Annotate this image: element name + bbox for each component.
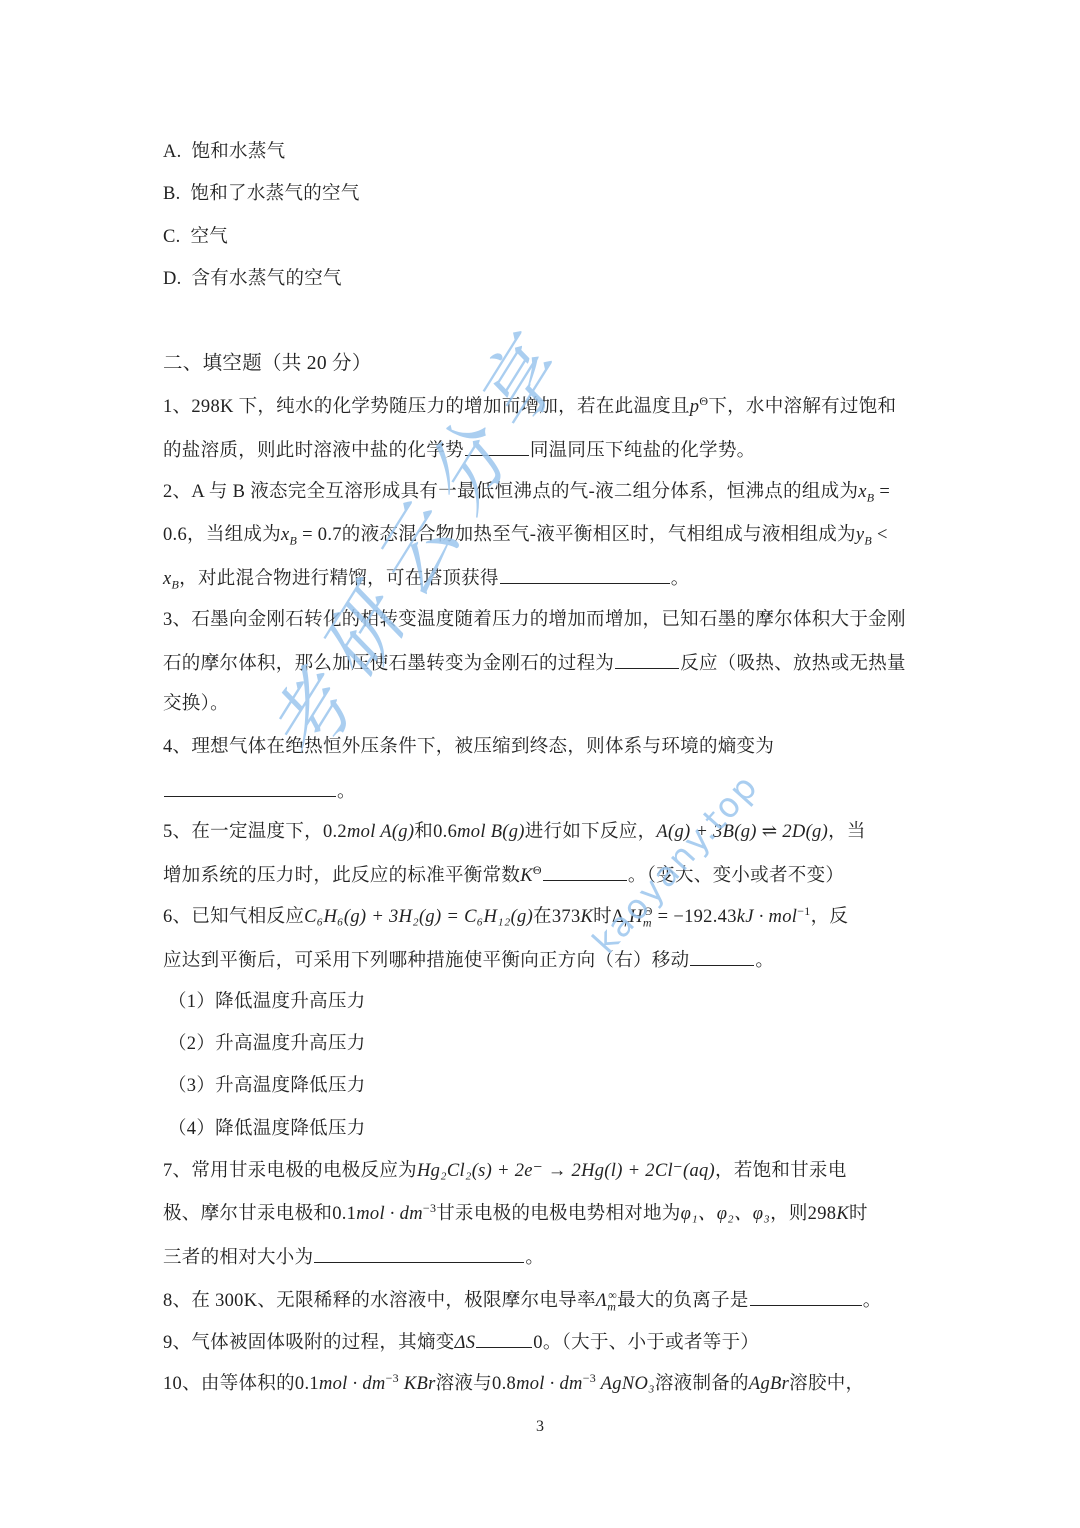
answer-blank[interactable] (750, 1287, 862, 1306)
math-symbol: p (690, 397, 700, 417)
reaction-equation: Hg₂Cl₂(s) + 2e⁻ → 2Hg(l) + 2Cl⁻(aq) (417, 1161, 715, 1181)
question-2-line-2: 0.6，当组成为xB = 0.7的液态混合物加热至气-液平衡相区时，气相组成与液… (163, 523, 888, 547)
section-title: 二、填空题（共 20 分） (163, 352, 372, 376)
math-subscript: B (172, 578, 180, 592)
standard-state-symbol: Θ (533, 863, 542, 877)
choice-b: B. 饱和了水蒸气的空气 (163, 182, 360, 206)
math-unit: mol · dm (516, 1374, 583, 1394)
math-operator: < (872, 525, 888, 545)
chemical-formula: AgBr (749, 1374, 789, 1394)
choice-label: B. (163, 184, 181, 204)
math-symbol: Λ (596, 1291, 607, 1311)
question-text: 最大的负离子是 (617, 1291, 749, 1311)
question-1-line-2: 的盐溶质，则此时溶液中盐的化学势同温同压下纯盐的化学势。 (163, 437, 755, 463)
question-text: 甘汞电极的电极电势相对地为 (436, 1204, 680, 1224)
question-text: 0.6，当组成为 (163, 525, 281, 545)
answer-blank[interactable] (690, 947, 754, 966)
question-text: 6、已知气相反应 (163, 907, 304, 927)
question-text: 5、在一定温度下， (163, 822, 323, 842)
math-variable: x (163, 569, 172, 589)
math-superscript: ∞ (608, 1288, 617, 1302)
question-text: 溶液制备的 (655, 1374, 749, 1394)
choice-label: D. (163, 269, 182, 289)
document-page: A. 饱和水蒸气 B. 饱和了水蒸气的空气 C. 空气 D. 含有水蒸气的空气 … (0, 0, 1080, 1528)
choice-text: 空气 (190, 227, 228, 247)
math-unit: K (581, 907, 594, 927)
question-7-line-1: 7、常用甘汞电极的电极反应为Hg₂Cl₂(s) + 2e⁻ → 2Hg(l) +… (163, 1159, 847, 1183)
choice-text: 饱和水蒸气 (191, 142, 285, 162)
math-symbol: ΔS (455, 1333, 476, 1353)
choice-a: A. 饱和水蒸气 (163, 140, 285, 164)
question-text: ，反 (811, 907, 849, 927)
answer-blank[interactable] (615, 650, 679, 669)
question-text: 三者的相对大小为 (163, 1248, 313, 1268)
question-text: 0。（大于、小于或者等于） (533, 1333, 759, 1353)
question-6-option-2: （2）升高温度升高压力 (168, 1032, 366, 1056)
question-text: 溶液与0.8 (436, 1374, 516, 1394)
standard-state-symbol: Θ (644, 904, 653, 918)
page-number: 3 (0, 1418, 1080, 1436)
question-6-option-1: （1）降低温度升高压力 (168, 990, 366, 1014)
question-6-line-2: 应达到平衡后，可采用下列哪种措施使平衡向正方向（右）移动。 (163, 947, 774, 973)
question-text: = 0.7的液态混合物加热至气-液平衡相区时，气相组成与液相组成为 (297, 525, 856, 545)
math-symbol: Δ (612, 907, 624, 927)
question-5-line-2: 增加系统的压力时，此反应的标准平衡常数KΘ。（变大、变小或者不变） (163, 862, 844, 888)
math-unit: mol · dm (356, 1204, 423, 1224)
math-subscript: B (864, 534, 872, 548)
math-superscript: −3 (423, 1201, 436, 1215)
math-unit: K (836, 1204, 849, 1224)
math-number: 0.2 (323, 822, 347, 842)
question-text: 进行如下反应， (525, 822, 657, 842)
question-text: 溶胶中， (789, 1374, 864, 1394)
math-superscript: −3 (583, 1371, 596, 1385)
question-5-line-1: 5、在一定温度下，0.2mol A(g)和0.6mol B(g)进行如下反应，A… (163, 820, 866, 844)
question-4-line-2: 。 (163, 778, 356, 804)
math-expression: mol A(g) (347, 822, 414, 842)
question-text: 。 (671, 569, 690, 589)
question-text: 。 (863, 1291, 882, 1311)
choice-c: C. 空气 (163, 225, 228, 249)
math-symbol: K (520, 866, 533, 886)
chemical-formula: AgNO₃ (596, 1374, 655, 1394)
math-value: = −192.43 (653, 907, 737, 927)
question-10-line-1: 10、由等体积的0.1mol · dm−3 KBr溶液与0.8mol · dm−… (163, 1372, 864, 1396)
question-text: 石的摩尔体积，那么加压使石墨转变为金刚石的过程为 (163, 654, 614, 674)
question-text: 时 (593, 907, 612, 927)
reaction-equation: C₆H₆(g) + 3H₂(g) = C₆H₁₂(g) (304, 907, 533, 927)
standard-state-symbol: Θ (699, 394, 708, 408)
answer-blank[interactable] (164, 778, 336, 797)
answer-blank[interactable] (500, 565, 670, 584)
question-text: 。 (525, 1248, 544, 1268)
question-2-line-3: xB，对此混合物进行精馏，可在塔顶获得。 (163, 565, 690, 591)
chemical-formula: KBr (399, 1374, 436, 1394)
math-symbol: φ₁、φ₂、φ₃ (681, 1204, 770, 1224)
question-text: 。 (755, 951, 774, 971)
math-unit: kJ · mol (737, 907, 797, 927)
question-9-line-1: 9、气体被固体吸附的过程，其熵变ΔS0。（大于、小于或者等于） (163, 1329, 759, 1355)
question-text: ，当 (828, 822, 866, 842)
question-4-line-1: 4、理想气体在绝热恒外压条件下，被压缩到终态，则体系与环境的熵变为 (163, 735, 774, 759)
question-text: 。 (337, 782, 356, 802)
question-text: 时 (849, 1204, 868, 1224)
choice-text: 含有水蒸气的空气 (191, 269, 341, 289)
math-variable: x (858, 482, 867, 502)
math-variable: x (281, 525, 290, 545)
math-superscript: −1 (797, 904, 810, 918)
math-unit: mol · dm (319, 1374, 386, 1394)
question-text: 同温同压下纯盐的化学势。 (530, 441, 756, 461)
question-7-line-2: 极、摩尔甘汞电极和0.1mol · dm−3甘汞电极的电极电势相对地为φ₁、φ₂… (163, 1202, 868, 1226)
question-3-line-2: 石的摩尔体积，那么加压使石墨转变为金刚石的过程为反应（吸热、放热或无热量 (163, 650, 906, 676)
question-1-line-1: 1、298K 下，纯水的化学势随压力的增加而增加，若在此温度且pΘ下，水中溶解有… (163, 395, 896, 419)
choice-text: 饱和了水蒸气的空气 (190, 184, 359, 204)
question-text: 1、298K 下，纯水的化学势随压力的增加而增加，若在此温度且 (163, 397, 690, 417)
math-operator: = (874, 482, 890, 502)
answer-blank[interactable] (314, 1244, 524, 1263)
question-text: 反应（吸热、放热或无热量 (680, 654, 906, 674)
question-text: 10、由等体积的0.1 (163, 1374, 319, 1394)
answer-blank[interactable] (476, 1329, 532, 1348)
question-text: 。（变大、变小或者不变） (628, 866, 844, 886)
question-2-line-1: 2、A 与 B 液态完全互溶形成具有一最低恒沸点的气-液二组分体系，恒沸点的组成… (163, 480, 890, 504)
question-text: ，则298 (770, 1204, 836, 1224)
question-text: 极、摩尔甘汞电极和0.1 (163, 1204, 356, 1224)
answer-blank[interactable] (543, 862, 627, 881)
reaction-equation: A(g) + 3B(g) ⇌ 2D(g) (656, 822, 828, 842)
question-text: ，对此混合物进行精馏，可在塔顶获得 (179, 569, 499, 589)
question-text: 7、常用甘汞电极的电极反应为 (163, 1161, 417, 1181)
question-text: 在373 (533, 907, 580, 927)
math-symbol: H (629, 907, 643, 927)
question-8-line-1: 8、在 300K、无限稀释的水溶液中，极限摩尔电导率Λm∞最大的负离子是。 (163, 1287, 882, 1313)
question-text: 应达到平衡后，可采用下列哪种措施使平衡向正方向（右）移动 (163, 951, 689, 971)
question-text: 8、在 300K、无限稀释的水溶液中，极限摩尔电导率 (163, 1291, 596, 1311)
question-6-option-4: （4）降低温度降低压力 (168, 1117, 366, 1141)
answer-blank[interactable] (465, 437, 529, 456)
question-text: 9、气体被固体吸附的过程，其熵变 (163, 1333, 455, 1353)
question-text: 和0.6 (414, 822, 457, 842)
math-expression: mol B(g) (457, 822, 525, 842)
question-text: 增加系统的压力时，此反应的标准平衡常数 (163, 866, 520, 886)
choice-label: C. (163, 227, 181, 247)
question-text: 下，水中溶解有过饱和 (708, 397, 896, 417)
question-text: 的盐溶质，则此时溶液中盐的化学势 (163, 441, 464, 461)
question-7-line-3: 三者的相对大小为。 (163, 1244, 544, 1270)
question-text: ，若饱和甘汞电 (715, 1161, 847, 1181)
choice-label: A. (163, 142, 182, 162)
math-superscript: −3 (386, 1371, 399, 1385)
question-6-option-3: （3）升高温度降低压力 (168, 1074, 366, 1098)
question-3-line-1: 3、石墨向金刚石转化的相转变温度随着压力的增加而增加，已知石墨的摩尔体积大于金刚 (163, 608, 906, 632)
question-6-line-1: 6、已知气相反应C₆H₆(g) + 3H₂(g) = C₆H₁₂(g)在373K… (163, 905, 848, 929)
question-3-line-3: 交换）。 (163, 692, 229, 716)
choice-d: D. 含有水蒸气的空气 (163, 267, 342, 291)
question-text: 2、A 与 B 液态完全互溶形成具有一最低恒沸点的气-液二组分体系，恒沸点的组成… (163, 482, 858, 502)
